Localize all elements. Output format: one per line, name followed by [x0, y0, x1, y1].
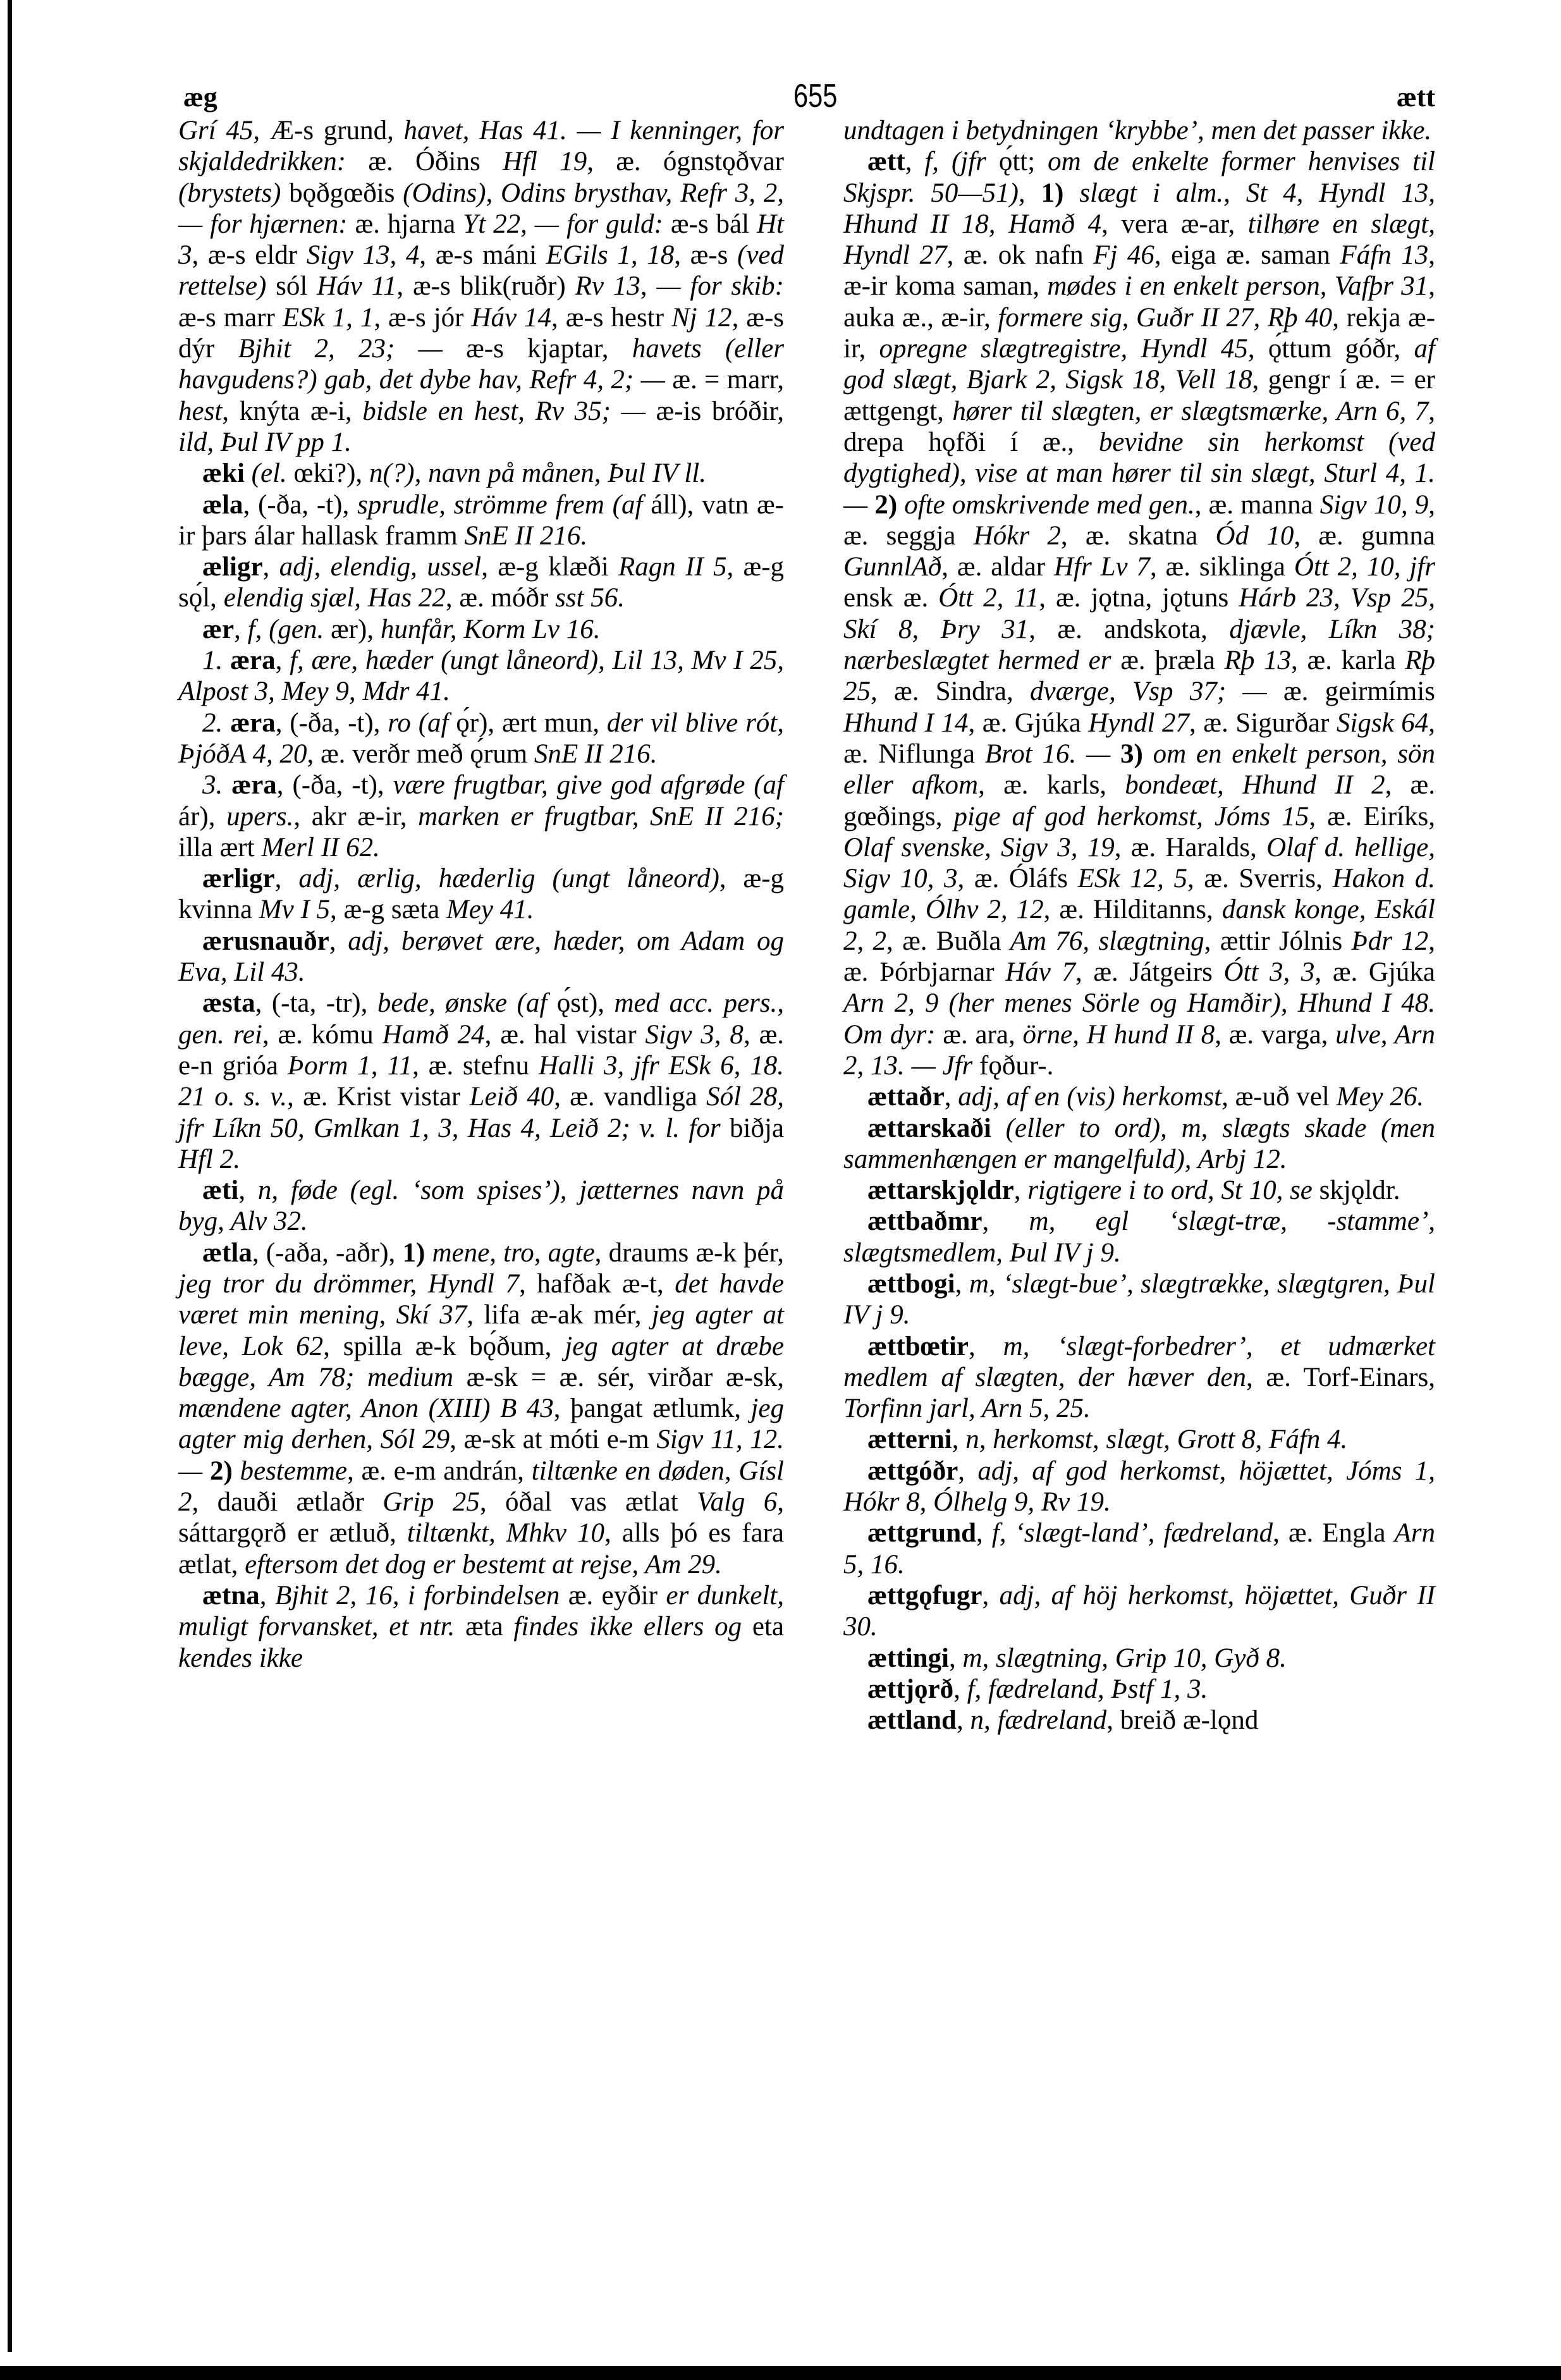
italic-text: Ótt 2, 11: [938, 583, 1039, 613]
dictionary-entry: ætt, f, (jfr ǫ́tt; om de enkelte former …: [843, 146, 1435, 1081]
italic-text: Rþ 13: [1225, 646, 1291, 675]
italic-text: adj, ærlig, hæderlig (ungt låneord): [298, 864, 719, 893]
roman-text: illa ært: [178, 833, 261, 862]
roman-text: , æ. ok nafn: [947, 240, 1094, 270]
headword: 2): [210, 1456, 240, 1486]
roman-text: ,: [238, 1175, 258, 1205]
dictionary-entry: ætterni, n, herkomst, slægt, Grott 8, Fá…: [843, 1424, 1435, 1455]
roman-text: , æ-sk at móti e-m: [450, 1425, 656, 1454]
roman-text: ,: [949, 1643, 963, 1673]
dictionary-entry: ættaðr, adj, af en (vis) herkomst, æ-uð …: [843, 1081, 1435, 1112]
roman-text: , æ-s hestr: [551, 303, 671, 333]
dictionary-entry: ætla, (-aða, -aðr), 1) mene, tro, agte, …: [178, 1237, 784, 1580]
dictionary-entry: ættgrund, f, ‘slægt-land’, fædreland, æ.…: [843, 1518, 1435, 1580]
roman-text: eta: [752, 1612, 784, 1641]
roman-text: , æ. e-m andrán,: [347, 1456, 532, 1486]
italic-text: f, ‘slægt-land’, fædreland: [992, 1518, 1273, 1548]
roman-text: ensk æ.: [843, 583, 938, 613]
roman-text: æ. eyðir: [568, 1581, 666, 1610]
roman-text: , lifa æ-ak mér,: [467, 1300, 651, 1330]
roman-text: , æ. Gjúka: [968, 708, 1088, 738]
italic-text: (el.: [252, 458, 294, 488]
headword: ærligr: [202, 864, 275, 893]
roman-text: , æ. Buðla: [886, 926, 1010, 956]
dictionary-entry: ættgóðr, adj, af god herkomst, höjættet,…: [843, 1456, 1435, 1518]
headword: ættgǫfugr: [867, 1581, 983, 1610]
roman-text: , æ. Eiríks,: [1309, 802, 1435, 831]
roman-text: , æ. hal vistar: [485, 1020, 646, 1050]
italic-text: SnE II 216.: [465, 521, 588, 551]
roman-text: sól: [276, 271, 317, 301]
dictionary-entry: 2. æra, (-ða, -t), ro (af ǫ́r), ært mun,…: [178, 708, 784, 770]
headword: ættbœtir: [867, 1332, 969, 1361]
italic-text: Ótt 3, 3: [1223, 957, 1314, 987]
roman-text: , æ-g sæta: [330, 895, 446, 924]
roman-text: , æ-g klæði: [481, 552, 618, 582]
roman-text: , (-ta, -tr),: [255, 988, 377, 1018]
italic-text: Hyndl 27: [1088, 708, 1189, 738]
roman-text: , æ. karla: [1291, 646, 1405, 675]
roman-text: , þangat ætlumk,: [554, 1394, 751, 1423]
headword: ættland: [867, 1705, 957, 1735]
italic-text: findes ikke ellers og: [513, 1612, 752, 1641]
italic-text: f, (jfr: [924, 147, 998, 176]
italic-text: undtagen i betydningen ‘krybbe’, men det…: [843, 116, 1431, 145]
italic-text: Mey 26.: [1337, 1082, 1424, 1112]
dictionary-entry: ættarskaði (eller to ord), m, slægts ska…: [843, 1113, 1435, 1175]
roman-text: , æ. vandliga: [554, 1082, 706, 1112]
italic-text: marken er frugtbar, SnE II 216;: [418, 802, 784, 831]
headword: 1): [402, 1238, 432, 1268]
roman-text: , (-aða, -aðr),: [252, 1238, 403, 1268]
dictionary-entry: ættbœtir, m, ‘slægt-forbedrer’, et udmær…: [843, 1331, 1435, 1425]
italic-text: adj, elendig, ussel: [279, 552, 482, 582]
italic-text: 1.: [202, 646, 230, 675]
italic-text: GunnlAð: [843, 552, 941, 582]
roman-text: ,: [983, 1206, 1029, 1236]
roman-text: , æ. skatna: [1061, 521, 1216, 551]
italic-text: 2.: [202, 708, 230, 738]
dictionary-entry: 1. æra, f, ære, hæder (ungt låneord), Li…: [178, 645, 784, 708]
dictionary-entry: Grí 45, Æ-s grund, havet, Has 41. — I ke…: [178, 115, 784, 458]
italic-text: Ragn II 5: [618, 552, 727, 582]
italic-text: Fáfn 13: [1340, 240, 1429, 270]
headword: æra: [230, 708, 276, 738]
headword: ætt: [867, 147, 905, 176]
roman-text: ,: [1014, 1175, 1028, 1205]
roman-text: , æ. verðr með ǫ́rum: [307, 739, 534, 769]
italic-text: Grip 25: [383, 1487, 480, 1517]
roman-text: , æ-s máni: [419, 240, 546, 270]
italic-text: pige af god herkomst, Jóms 15: [954, 802, 1309, 831]
headword: 1): [1041, 178, 1080, 208]
italic-text: ESk 1, 1: [283, 303, 374, 333]
italic-text: SnE II 216.: [534, 739, 658, 769]
left-column: Grí 45, Æ-s grund, havet, Has 41. — I ke…: [178, 115, 784, 1674]
italic-text: mene, tro, agte: [432, 1238, 594, 1268]
headword: ættgóðr: [867, 1456, 958, 1486]
italic-text: formere sig, Guðr II 27, Rþ 40: [998, 303, 1332, 333]
headword: 3): [1120, 739, 1153, 769]
headword: æra: [231, 770, 277, 800]
headword: ærusnauðr: [202, 926, 329, 956]
roman-text: ,: [955, 1269, 969, 1299]
headword: ættbogi: [867, 1269, 955, 1299]
italic-text: Merl II 62.: [261, 833, 379, 862]
italic-text: f, fædreland, Þstf 1, 3.: [967, 1674, 1208, 1704]
roman-text: bǫðgœðis: [289, 178, 403, 208]
roman-text: , æ. Krist vistar: [287, 1082, 470, 1112]
roman-text: , æ. aldar: [941, 552, 1054, 582]
italic-text: Am 76, slægtning: [1010, 926, 1204, 956]
italic-text: bestemme: [240, 1456, 347, 1486]
italic-text: elendig sjæl, Has 22: [224, 583, 446, 613]
dictionary-entry: ærusnauðr, adj, berøvet ære, hæder, om A…: [178, 926, 784, 988]
italic-text: kendes ikke: [178, 1643, 303, 1673]
roman-text: , ǫ́ttum góðr,: [1248, 334, 1414, 364]
roman-text: ár),: [178, 802, 226, 831]
dictionary-entry: ættland, n, fædreland, breið æ-lǫnd: [843, 1705, 1435, 1736]
italic-text: Mv I 5: [259, 895, 330, 924]
italic-text: adj, af en (vis) herkomst: [958, 1082, 1221, 1112]
roman-text: , æ-s blik(ruðr): [396, 271, 575, 301]
italic-text: Ód 10: [1216, 521, 1294, 551]
roman-text: biðja: [730, 1113, 784, 1143]
italic-text: Sigv 3, 8: [645, 1020, 744, 1050]
roman-text: fǫður-.: [979, 1051, 1053, 1081]
italic-text: bede, ønske (af: [377, 988, 557, 1018]
headword: æki: [202, 458, 252, 488]
italic-text: Sigsk 64: [1337, 708, 1428, 738]
headword: ættingi: [867, 1643, 949, 1673]
italic-text: hører til slægten, er slægtsmærke, Arn 6…: [952, 396, 1428, 426]
roman-text: æta: [465, 1612, 513, 1641]
roman-text: , (-ða, -t),: [276, 708, 388, 738]
italic-text: Mey 41.: [446, 895, 534, 924]
roman-text: ,: [276, 646, 290, 675]
headword: æsta: [202, 988, 255, 1018]
roman-text: ,: [957, 1705, 970, 1735]
roman-text: skjǫldr.: [1319, 1175, 1400, 1205]
left-guide-word: æg: [183, 81, 217, 113]
roman-text: æ-s marr: [178, 303, 283, 333]
dictionary-entry: æligr, adj, elendig, ussel, æ-g klæði Ra…: [178, 551, 784, 614]
italic-text: Þorm 1, 11: [288, 1051, 412, 1081]
italic-text: ro (af: [388, 708, 456, 738]
roman-text: , spilla æ-k bǫ́ðum,: [323, 1332, 565, 1361]
italic-text: Sigv 10, 9: [1320, 490, 1428, 520]
dictionary-entry: ættingi, m, slægtning, Grip 10, Gyð 8.: [843, 1643, 1435, 1674]
italic-text: Háv 11: [317, 271, 396, 301]
italic-text: eftersom det dog er bestemt at rejse, Am…: [245, 1550, 722, 1580]
roman-text: ,: [983, 1581, 1000, 1610]
italic-text: være frugtbar, give god afgrøde (af: [393, 770, 784, 800]
italic-text: Nj 12: [671, 303, 732, 333]
roman-text: , æ. karls,: [978, 770, 1125, 800]
dictionary-entry: æti, n, føde (egl. ‘som spises’), jætter…: [178, 1175, 784, 1237]
headword: æligr: [202, 552, 263, 582]
roman-text: æ-sk = æ. sér, virðar æ-sk,: [467, 1363, 784, 1392]
roman-text: œki?),: [294, 458, 369, 488]
roman-text: , eiga æ. saman: [1154, 240, 1340, 270]
roman-text: , Æ-s grund,: [253, 116, 403, 145]
dictionary-entry: ættbogi, m, ‘slægt-bue’, slægtrække, slæ…: [843, 1268, 1435, 1331]
roman-text: ,: [969, 1332, 1003, 1361]
italic-text: sprudle, strömme frem (af: [357, 490, 651, 520]
italic-text: Hfl 19: [503, 147, 587, 176]
roman-text: , ættir Jólnis: [1204, 926, 1352, 956]
italic-text: n, herkomst, slægt, Grott 8, Fáfn 4.: [965, 1425, 1347, 1454]
roman-text: , æ. gumna: [1294, 521, 1435, 551]
roman-text: æ. þræla: [1120, 646, 1224, 675]
roman-text: , æ. móðr: [446, 583, 555, 613]
roman-text: ,: [945, 1082, 958, 1112]
italic-text: Rv 13, — for skib:: [575, 271, 784, 301]
roman-text: , æ. siklinga: [1150, 552, 1294, 582]
headword: ætterni: [867, 1425, 952, 1454]
italic-text: bondeæt, Hhund II 2: [1125, 770, 1385, 800]
italic-text: jeg tror du drömmer, Hyndl 7: [178, 1269, 519, 1299]
italic-text: Olaf svenske, Sigv 3, 19: [843, 833, 1115, 862]
italic-text: Hfl 2.: [178, 1144, 240, 1174]
dictionary-entry: ærligr, adj, ærlig, hæderlig (ungt låneo…: [178, 863, 784, 926]
roman-text: , æ. Játgeirs: [1075, 957, 1223, 987]
roman-text: , æ. jǫtna, jǫtuns: [1039, 583, 1239, 613]
roman-text: ,: [952, 1425, 966, 1454]
italic-text: EGils 1, 18: [546, 240, 674, 270]
scan-bottom-shadow: [0, 2366, 1561, 2380]
roman-text: , æ. Óláfs: [958, 864, 1078, 893]
dictionary-entry: æsta, (-ta, -tr), bede, ønske (af ǫ́st),…: [178, 988, 784, 1175]
italic-text: n, føde (egl. ‘som spises’), jætternes n…: [178, 1175, 784, 1236]
roman-text: , (-ða, -t),: [243, 490, 358, 520]
roman-text: , óðal vas ætlat: [480, 1487, 697, 1517]
italic-text: mændene agter, Anon (XIII) B 43: [178, 1394, 554, 1423]
italic-text: (brystets): [178, 178, 289, 208]
roman-text: , æ. andskota,: [1029, 615, 1229, 644]
right-column: undtagen i betydningen ‘krybbe’, men det…: [843, 115, 1435, 1736]
italic-text: Ótt 2, 10, jfr: [1294, 552, 1435, 582]
roman-text: æ. hjarna: [355, 209, 463, 239]
roman-text: ær),: [331, 615, 381, 644]
roman-text: ,: [953, 1674, 967, 1704]
italic-text: Háv 14: [471, 303, 551, 333]
roman-text: ,: [958, 1456, 977, 1486]
roman-text: ,: [905, 147, 925, 176]
italic-text: bidsle en hest, Rv 35; —: [362, 396, 656, 426]
roman-text: , æ. Engla: [1273, 1518, 1394, 1548]
dictionary-entry: ættbaðmr, m, egl ‘slægt-træ, -stamme’, s…: [843, 1206, 1435, 1268]
roman-text: , akr æ-ir,: [293, 802, 418, 831]
italic-text: hest: [178, 396, 222, 426]
roman-text: , æ. kómu: [262, 1020, 383, 1050]
headword: æra: [230, 646, 276, 675]
headword: ættaðr: [867, 1082, 945, 1112]
roman-text: , æ-uð vel: [1221, 1082, 1337, 1112]
roman-text: , æ. Sigurðar: [1189, 708, 1337, 738]
roman-text: , æ. stefnu: [412, 1051, 539, 1081]
italic-text: ild, Þul IV pp 1.: [178, 427, 352, 457]
roman-text: ,: [234, 615, 248, 644]
roman-text: æ. Óðins: [368, 147, 503, 176]
italic-text: m, slægtning, Grip 10, Gyð 8.: [963, 1643, 1287, 1673]
italic-text: tiltænkt, Mhkv 10: [407, 1518, 604, 1548]
roman-text: ǫ́r), ært mun,: [456, 708, 606, 738]
italic-text: Sigv 13, 4: [307, 240, 420, 270]
italic-text: Hhund I 14: [843, 708, 968, 738]
italic-text: ofte omskrivende med gen.: [904, 490, 1195, 520]
roman-text: ,: [329, 926, 348, 956]
italic-text: ESk 12, 5: [1078, 864, 1187, 893]
roman-text: , (-ða, -t),: [277, 770, 393, 800]
roman-text: , æ-s: [674, 240, 737, 270]
italic-text: Valg 6: [697, 1487, 777, 1517]
italic-text: rigtigere i to ord, St 10, se: [1027, 1175, 1319, 1205]
italic-text: Torfinn jarl, Arn 5, 25.: [843, 1394, 1091, 1423]
dictionary-entry: undtagen i betydningen ‘krybbe’, men det…: [843, 115, 1435, 146]
roman-text: ,: [275, 864, 299, 893]
roman-text: , æ. Torf-Einars,: [1246, 1363, 1435, 1392]
italic-text: Bjhit 2, 23; —: [238, 334, 466, 364]
headword: ættbaðmr: [867, 1206, 983, 1236]
headword: ættgrund: [867, 1518, 976, 1548]
italic-text: f, (gen.: [248, 615, 331, 644]
italic-text: Yt 22, — for guld:: [463, 209, 671, 239]
headword: ætna: [202, 1581, 260, 1610]
right-guide-word: ætt: [1397, 81, 1435, 113]
headword: ættjǫrð: [867, 1674, 953, 1704]
italic-text: Háv 7: [1005, 957, 1075, 987]
dictionary-entry: ættjǫrð, f, fædreland, Þstf 1, 3.: [843, 1674, 1435, 1705]
dictionary-entry: ættarskjǫldr, rigtigere i to ord, St 10,…: [843, 1175, 1435, 1206]
italic-text: Hókr 2: [974, 521, 1061, 551]
headword: ættarskjǫldr: [867, 1175, 1014, 1205]
italic-text: Hamð 24: [383, 1020, 485, 1050]
scan-edge-shadow: [8, 0, 12, 2352]
italic-text: Þdr 12: [1351, 926, 1428, 956]
dictionary-entry: ær, f, (gen. ær), hunfår, Korm Lv 16.: [178, 614, 784, 645]
headword: æti: [202, 1175, 238, 1205]
roman-text: , æ. Hilditanns,: [1044, 895, 1222, 924]
dictionary-entry: 3. æra, (-ða, -t), være frugtbar, give g…: [178, 770, 784, 863]
italic-text: örne, H hund II 8: [1022, 1020, 1215, 1050]
roman-text: , æ. varga,: [1215, 1020, 1335, 1050]
page-number: 655: [793, 77, 837, 115]
roman-text: , æ. Gjúka: [1314, 957, 1435, 987]
roman-text: æ-s kjaptar,: [466, 334, 632, 364]
italic-text: opregne slægtregistre, Hyndl 45: [879, 334, 1248, 364]
roman-text: , æ. ógnstǫðvar: [587, 147, 784, 176]
italic-text: Hfr Lv 7: [1054, 552, 1150, 582]
roman-text: , dauði ætlaðr: [192, 1487, 383, 1517]
italic-text: sst 56.: [555, 583, 625, 613]
italic-text: n, fædreland: [970, 1705, 1106, 1735]
roman-text: , æ. Sverris,: [1187, 864, 1333, 893]
roman-text: ,: [976, 1518, 992, 1548]
roman-text: , hafðak æ-t,: [519, 1269, 675, 1299]
roman-text: , æ. Sindra,: [871, 677, 1030, 706]
italic-text: Grí 45: [178, 116, 253, 145]
roman-text: , breið æ-lǫnd: [1106, 1705, 1258, 1735]
roman-text: ǫ́tt;: [999, 147, 1048, 176]
roman-text: ǫ́st),: [557, 988, 615, 1018]
dictionary-entry: ættgǫfugr, adj, af höj herkomst, höjætte…: [843, 1580, 1435, 1643]
roman-text: æ. geirmímis: [1283, 677, 1435, 706]
italic-text: 3.: [202, 770, 231, 800]
roman-text: ,: [260, 1581, 275, 1610]
italic-text: mødes i en enkelt person, Vafþr 31: [1047, 271, 1428, 301]
roman-text: æ. ara,: [943, 1020, 1022, 1050]
roman-text: æ-is bróðir,: [656, 396, 784, 426]
italic-text: n(?), navn på månen, Þul IV ll.: [369, 458, 706, 488]
roman-text: , vera æ-ar,: [1101, 209, 1248, 239]
dictionary-entry: æki (el. œki?), n(?), navn på månen, Þul…: [178, 458, 784, 489]
headword: 2): [874, 490, 904, 520]
roman-text: , æ. manna: [1195, 490, 1320, 520]
roman-text: , æ. Haralds,: [1115, 833, 1266, 862]
roman-text: æ. = marr,: [672, 365, 784, 395]
headword: æla: [202, 490, 243, 520]
italic-text: Brot 16. —: [985, 739, 1120, 769]
roman-text: , draums æ-k þér,: [595, 1238, 784, 1268]
roman-text: , æ-s eldr: [192, 240, 307, 270]
headword: ættarskaði: [867, 1113, 1006, 1143]
italic-text: dværge, Vsp 37; —: [1030, 677, 1283, 706]
roman-text: , æ-s jór: [374, 303, 471, 333]
italic-text: upers.: [226, 802, 293, 831]
italic-text: Leið 40: [470, 1082, 554, 1112]
headword: ær: [202, 615, 234, 644]
roman-text: ,: [263, 552, 279, 582]
roman-text: æ-s bál: [671, 209, 757, 239]
italic-text: Bjhit 2, 16, i forbindelsen: [275, 1581, 568, 1610]
italic-text: Fj 46: [1093, 240, 1154, 270]
dictionary-entry: æla, (-ða, -t), sprudle, strömme frem (a…: [178, 489, 784, 552]
dictionary-entry: ætna, Bjhit 2, 16, i forbindelsen æ. eyð…: [178, 1580, 784, 1674]
roman-text: , knýta æ-i,: [222, 396, 362, 426]
italic-text: hunfår, Korm Lv 16.: [381, 615, 601, 644]
headword: ætla: [202, 1238, 252, 1268]
